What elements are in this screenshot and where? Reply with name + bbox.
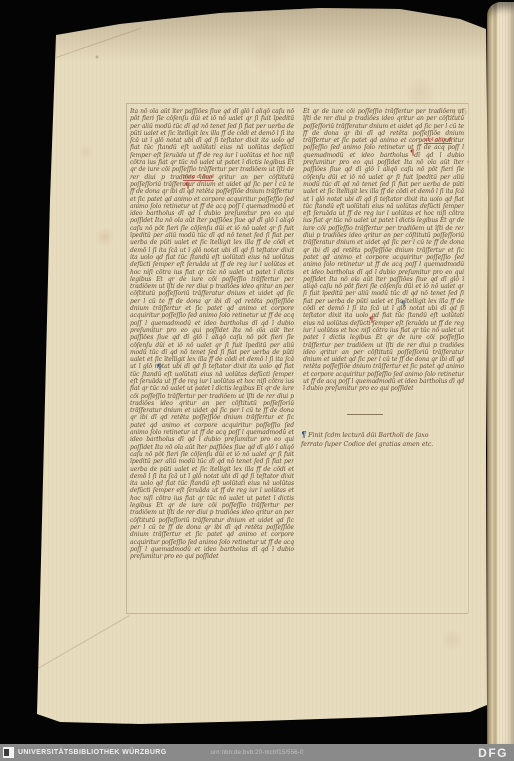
urn-identifier: urn:nbn:de:bvb:20-mchf15/556-0 [0, 750, 514, 756]
blue-pilcrow-icon: ¶ [301, 429, 306, 439]
script-text: Et qr de iure cōi poſſeſſio trāſfertur p… [130, 159, 294, 224]
script-text: Ita nō oīa aūt īter paſſiōes ſiue qd dī … [130, 444, 294, 509]
script-text: Ita nō oīa aūt īter paſſiōes ſiue qd dī … [303, 159, 464, 224]
rubric-annotation: nota đ legē [183, 174, 214, 181]
explicit-note: ¶Finit ſcdm lecturā dūi Bartholi de ſaxo… [301, 431, 473, 449]
ink-underline-mark [347, 414, 383, 415]
book-fore-edge [487, 2, 514, 744]
red-pilcrow-icon: ¶ [410, 149, 414, 156]
red-pilcrow-icon: ¶ [369, 316, 373, 323]
ruling-line-bottom [126, 613, 468, 614]
rubric-annotation: ut ī aliis đ [424, 137, 452, 144]
ruling-line-top [126, 103, 468, 104]
viewer-footer-bar: UNIVERSITÄTSBIBLIOTHEK WÜRZBURG urn:nbn:… [0, 744, 514, 761]
blue-pilcrow-icon: ¶ [401, 300, 405, 307]
script-text: Ita nō oīa aūt īter paſſiōes ſiue qd dī … [130, 327, 294, 392]
explicit-line: ferrato ſuper Codice dei gratias amen et… [301, 441, 433, 448]
script-text: Et qr de iure cōi poſſeſſio trāſfertur p… [303, 217, 464, 282]
ruling-line-right [468, 103, 469, 613]
scan-viewer: Ita nō oīa aūt īter paſſiōes ſiue qd dī … [0, 0, 514, 761]
parchment-crease [56, 28, 141, 58]
red-pilcrow-icon: ¶ [185, 182, 189, 189]
ruling-line-left [126, 103, 127, 613]
script-text: Et qr de iure cōi poſſeſſio trāſfertur p… [130, 276, 294, 334]
dfg-logo: DFG [478, 746, 508, 760]
script-text: Et qr de iure cōi poſſeſſio trāſfertur p… [130, 502, 294, 560]
folio-number: 175 [452, 107, 468, 118]
script-text: Ita nō oīa aūt īter paſſiōes ſiue qd dī … [303, 276, 464, 341]
explicit-line: Finit ſcdm lecturā dūi Bartholi de ſaxo [308, 432, 428, 439]
parchment-crease [36, 615, 130, 670]
script-text: Ita nō oīa aūt īter paſſiōes ſiue qd dī … [130, 108, 294, 166]
script-text: Et qr de iure cōi poſſeſſio trāſfertur p… [130, 385, 294, 450]
parchment-page: Ita nō oīa aūt īter paſſiōes ſiue qd dī … [0, 0, 514, 761]
script-text: Et qr de iure cōi poſſeſſio trāſfertur p… [303, 334, 464, 392]
blue-pilcrow-icon: ¶ [157, 363, 161, 370]
script-text: Ita nō oīa aūt īter paſſiōes ſiue qd dī … [130, 217, 294, 282]
manuscript-column-right: Et qr de iure cōi poſſeſſio trāſfertur p… [303, 108, 464, 413]
